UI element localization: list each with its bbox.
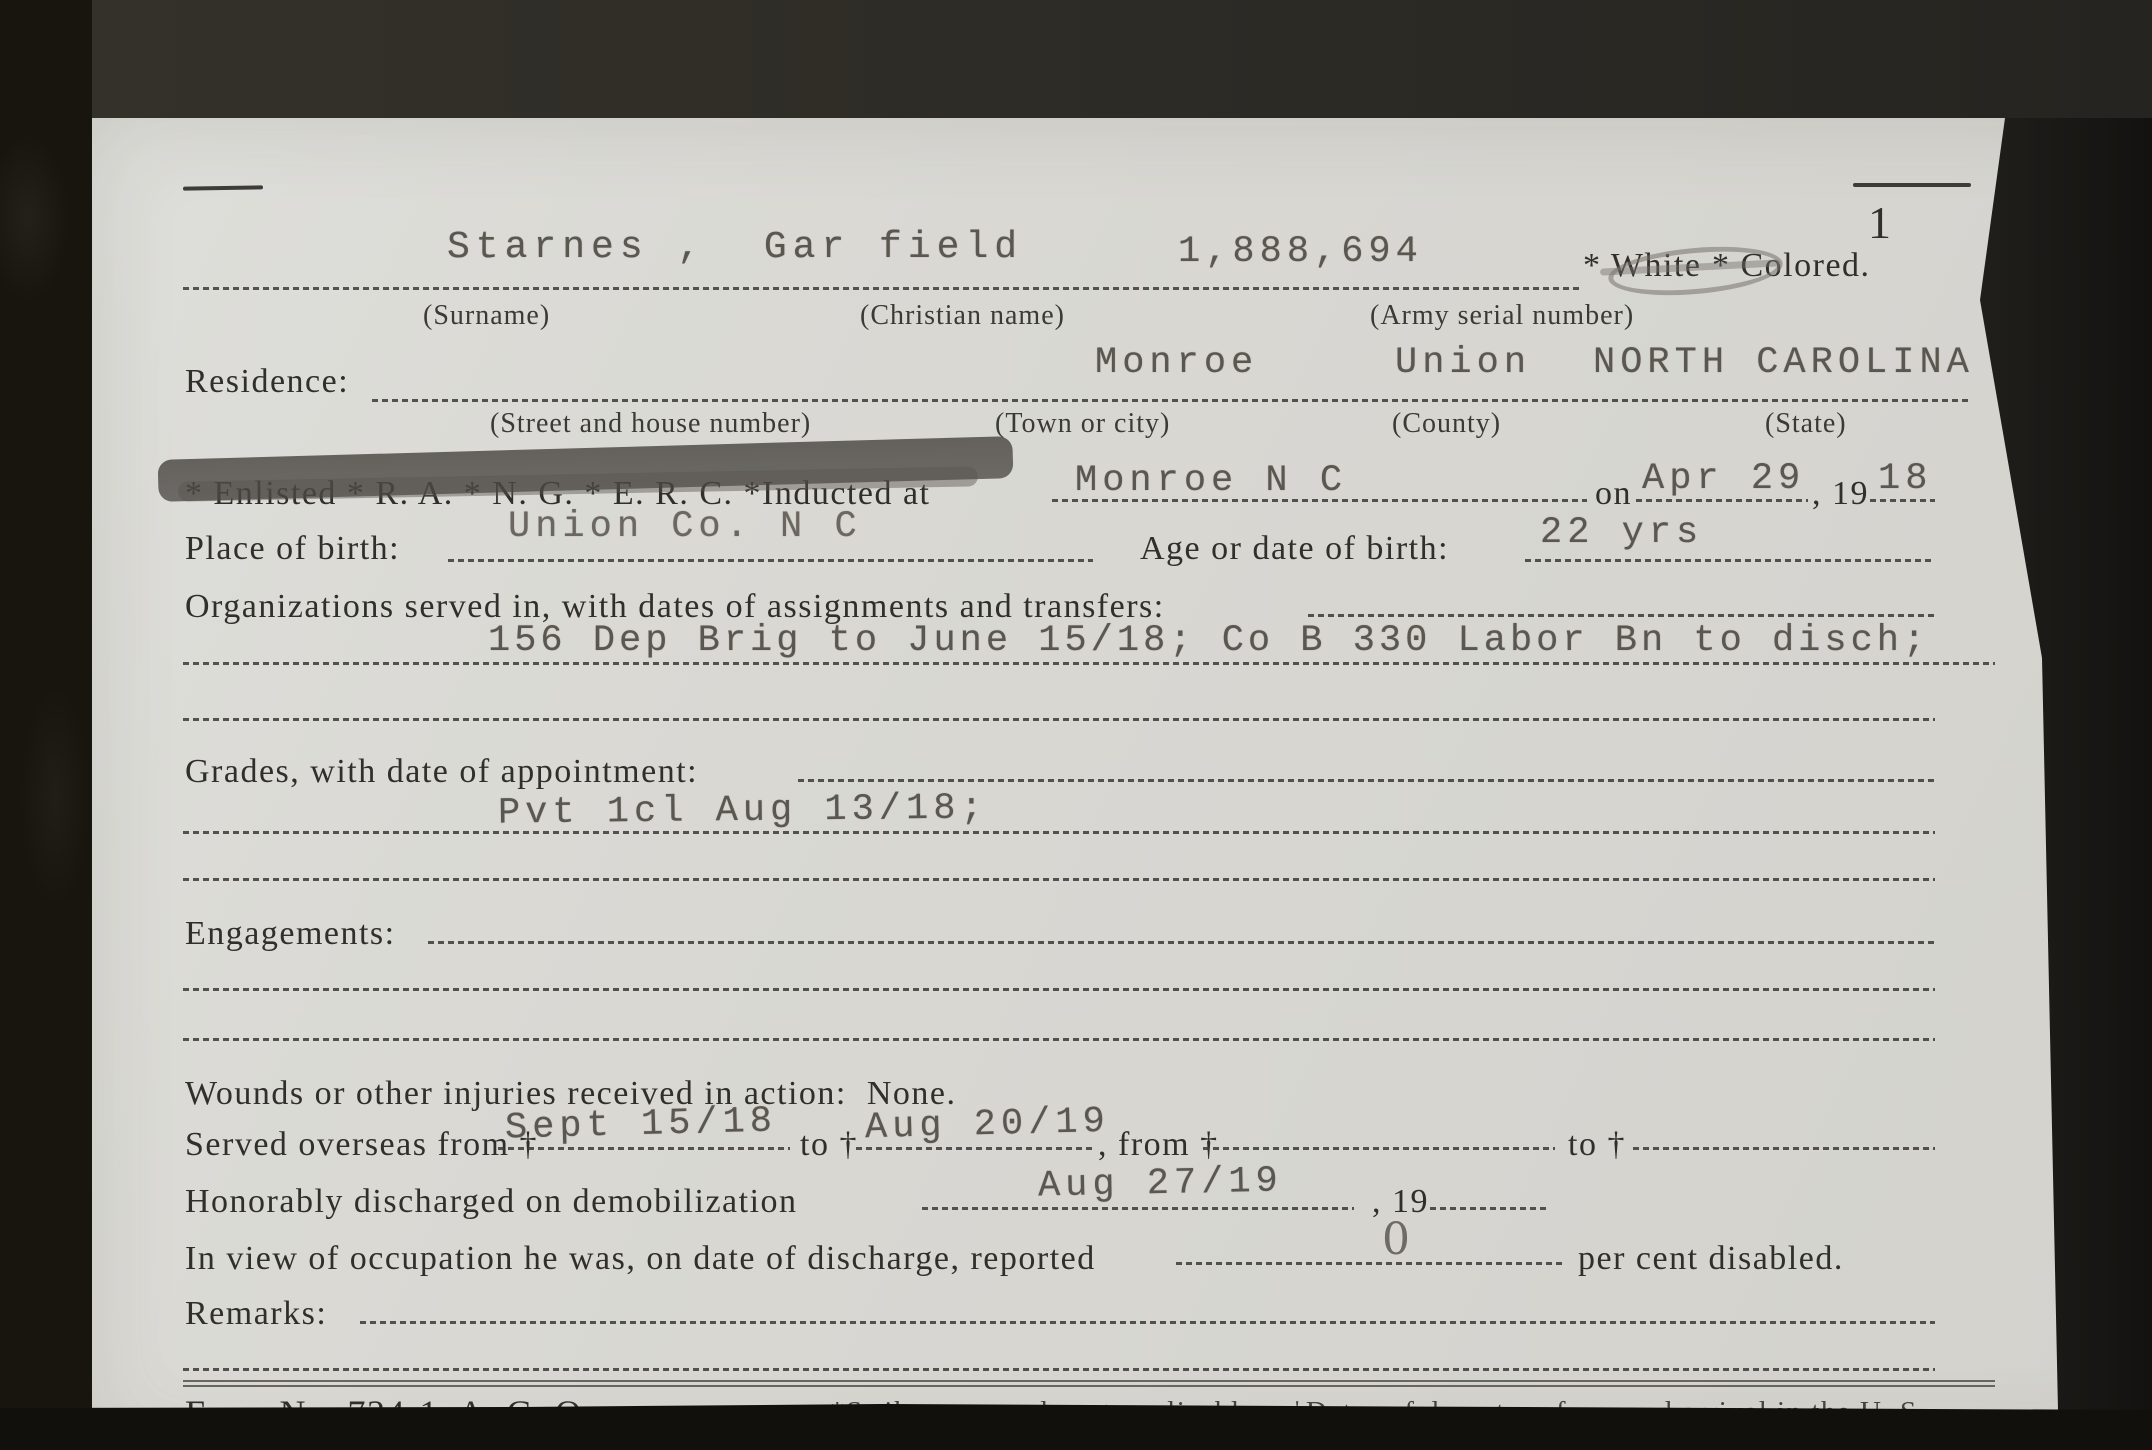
- induction-place-value: Monroe N C: [1075, 460, 1347, 502]
- disability-suffix-label: per cent disabled.: [1578, 1240, 1844, 1278]
- serial-label: (Army serial number): [1370, 300, 1634, 332]
- dotted-rule: [1176, 1262, 1564, 1265]
- dotted-rule: [1633, 1147, 1935, 1150]
- grades-label: Grades, with date of appointment:: [185, 753, 698, 791]
- place-of-birth-label: Place of birth:: [185, 530, 400, 568]
- service-card-scan: 1 Starnes , Gar field 1,888,694 * White …: [0, 0, 2152, 1450]
- dotted-rule: [428, 941, 1935, 944]
- residence-label: Residence:: [185, 363, 349, 401]
- discharge-date-value: Aug 27/19: [1038, 1160, 1284, 1207]
- county-value: Union: [1395, 342, 1531, 384]
- dotted-rule: [183, 831, 1935, 834]
- overseas-from2-label: , from †: [1098, 1126, 1219, 1164]
- place-of-birth-value: Union Co. N C: [508, 506, 862, 548]
- induction-year-value: 18: [1878, 458, 1932, 500]
- dotted-rule: [183, 1368, 1935, 1371]
- disability-label: In view of occupation he was, on date of…: [185, 1240, 1096, 1278]
- discharge-label: Honorably discharged on demobilization: [185, 1183, 798, 1221]
- engagements-label: Engagements:: [185, 915, 396, 953]
- remarks-label: Remarks:: [185, 1295, 327, 1333]
- dotted-rule: [183, 878, 1935, 881]
- county-label: (County): [1392, 408, 1501, 440]
- induction-date-value: Apr 29: [1642, 458, 1805, 500]
- street-label: (Street and house number): [490, 408, 811, 440]
- overseas-date2-value: Aug 20/19: [864, 1101, 1110, 1149]
- film-border-top: [92, 0, 2152, 118]
- dotted-rule: [1870, 499, 1935, 502]
- dotted-rule: [183, 287, 1583, 290]
- top-right-tick: [1853, 183, 1971, 187]
- dotted-rule: [183, 988, 1935, 991]
- film-border-left: [0, 0, 92, 1450]
- serial-number: 1,888,694: [1178, 231, 1423, 273]
- age-label: Age or date of birth:: [1140, 530, 1449, 568]
- on-label: on: [1595, 475, 1632, 513]
- page-number: 1: [1868, 196, 1893, 249]
- dotted-rule: [372, 399, 1972, 402]
- town-value: Monroe: [1095, 342, 1258, 384]
- dotted-rule: [1525, 559, 1935, 562]
- overseas-from-label: Served overseas from †: [185, 1126, 538, 1164]
- dotted-rule: [856, 1147, 1094, 1150]
- dotted-rule: [183, 718, 1935, 721]
- disability-value: 0: [1382, 1214, 1410, 1265]
- dotted-rule: [1203, 1147, 1555, 1150]
- grades-value: Pvt 1cl Aug 13/18;: [498, 787, 988, 834]
- age-value: 22 yrs: [1540, 512, 1703, 554]
- double-rule-top: [183, 1380, 1995, 1382]
- organizations-value: 156 Dep Brig to June 15/18; Co B 330 Lab…: [488, 620, 1929, 662]
- double-rule-bottom: [183, 1385, 1995, 1387]
- dotted-rule: [498, 1147, 790, 1150]
- dotted-rule: [1308, 614, 1936, 617]
- dotted-rule: [183, 1038, 1935, 1041]
- dotted-rule: [1636, 499, 1808, 502]
- state-label: (State): [1765, 408, 1847, 440]
- state-value: NORTH CAROLINA: [1593, 342, 1974, 384]
- dotted-rule: [183, 662, 1995, 665]
- dotted-rule: [360, 1321, 1935, 1324]
- dotted-rule: [1430, 1207, 1548, 1210]
- overseas-to2-label: to †: [1568, 1126, 1626, 1164]
- dotted-rule: [798, 779, 1935, 782]
- surname-label: (Surname): [423, 300, 550, 332]
- dotted-rule: [448, 559, 1093, 562]
- christian-name-label: (Christian name): [860, 300, 1065, 332]
- overseas-to1-label: to †: [800, 1126, 858, 1164]
- town-label: (Town or city): [995, 408, 1170, 440]
- dotted-rule: [1052, 499, 1587, 502]
- typed-name: Starnes , Gar field: [447, 226, 1023, 269]
- year-prefix-label: , 19: [1812, 475, 1869, 513]
- dotted-rule: [922, 1207, 1354, 1210]
- overseas-date1-value: Sept 15/18: [504, 1100, 777, 1149]
